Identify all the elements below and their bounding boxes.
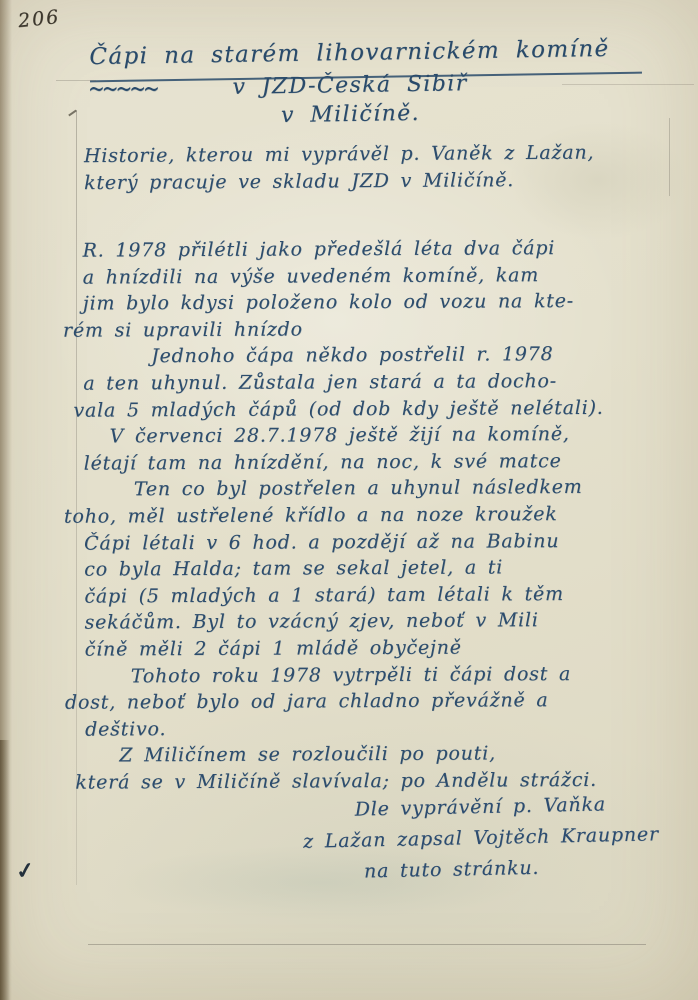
handwritten-line: Tohoto roku 1978 vytrpěli ti čápi dost a [85, 660, 685, 690]
handwritten-line: R. 1978 přilétli jako předešlá léta dva … [83, 234, 683, 264]
handwritten-line: létají tam na hnízdění, na noc, k své ma… [84, 447, 684, 477]
notebook-page: 206 ~~~~~ Čápi na starém lihovarnickém k… [0, 0, 698, 1000]
handwritten-line: a hnízdili na výše uvedeném komíně, kam [83, 261, 683, 291]
title-block: Čápi na starém lihovarnickém komíně v JZ… [59, 35, 640, 131]
handwritten-line: deštivo. [85, 713, 685, 743]
handwritten-line: Ten co byl postřelen a uhynul následkem [84, 474, 684, 504]
page-number: 206 [17, 6, 61, 32]
handwritten-line: V červenci 28.7.1978 ještě žijí na komín… [84, 421, 684, 451]
handwritten-line: toho, měl ustřelené křídlo a na noze kro… [64, 500, 684, 530]
intro-line: Historie, kterou mi vyprávěl p. Vaněk z … [84, 139, 684, 170]
handwritten-line: čápi (5 mladých a 1 stará) tam létali k … [84, 580, 684, 610]
handwritten-line: jim bylo kdysi položeno kolo od vozu na … [83, 288, 683, 318]
intro-block: Historie, kterou mi vyprávěl p. Vaněk z … [84, 139, 684, 197]
handwritten-line: co byla Halda; tam se sekal jetel, a ti [84, 554, 684, 584]
signature-block: Dle vyprávění p. Vaňka z Lažan zapsal Vo… [299, 788, 663, 889]
title-line-1: Čápi na starém lihovarnickém komíně [59, 35, 639, 70]
handwritten-line: rém si upravili hnízdo [63, 314, 683, 344]
body-text: R. 1978 přilétli jako předešlá léta dva … [83, 234, 686, 796]
handwritten-line: Z Miličínem se rozloučili po pouti, [85, 740, 685, 770]
handwritten-line: Jednoho čápa někdo postřelil r. 1978 [83, 341, 683, 371]
intro-line: který pracuje ve skladu JZD v Miličíně. [84, 166, 684, 197]
handwritten-line: Čápi létali v 6 hod. a pozdějí až na Bab… [84, 527, 684, 557]
title-line-2: v JZD-Česká Sibiř [60, 68, 640, 102]
handwritten-line: dost, neboť bylo od jara chladno převážn… [65, 687, 685, 717]
handwritten-line: a ten uhynul. Zůstala jen stará a ta doc… [83, 367, 683, 397]
binding-edge-shadow [0, 740, 10, 1000]
pencil-bottom-line [88, 944, 646, 945]
handwritten-line: číně měli 2 čápi 1 mládě obyčejně [85, 633, 685, 663]
checkmark-annotation: ✓ [14, 857, 36, 885]
handwritten-line: vala 5 mladých čápů (od dob kdy ještě ne… [73, 394, 683, 424]
handwritten-line: sekáčům. Byl to vzácný zjev, neboť v Mil… [84, 607, 684, 637]
